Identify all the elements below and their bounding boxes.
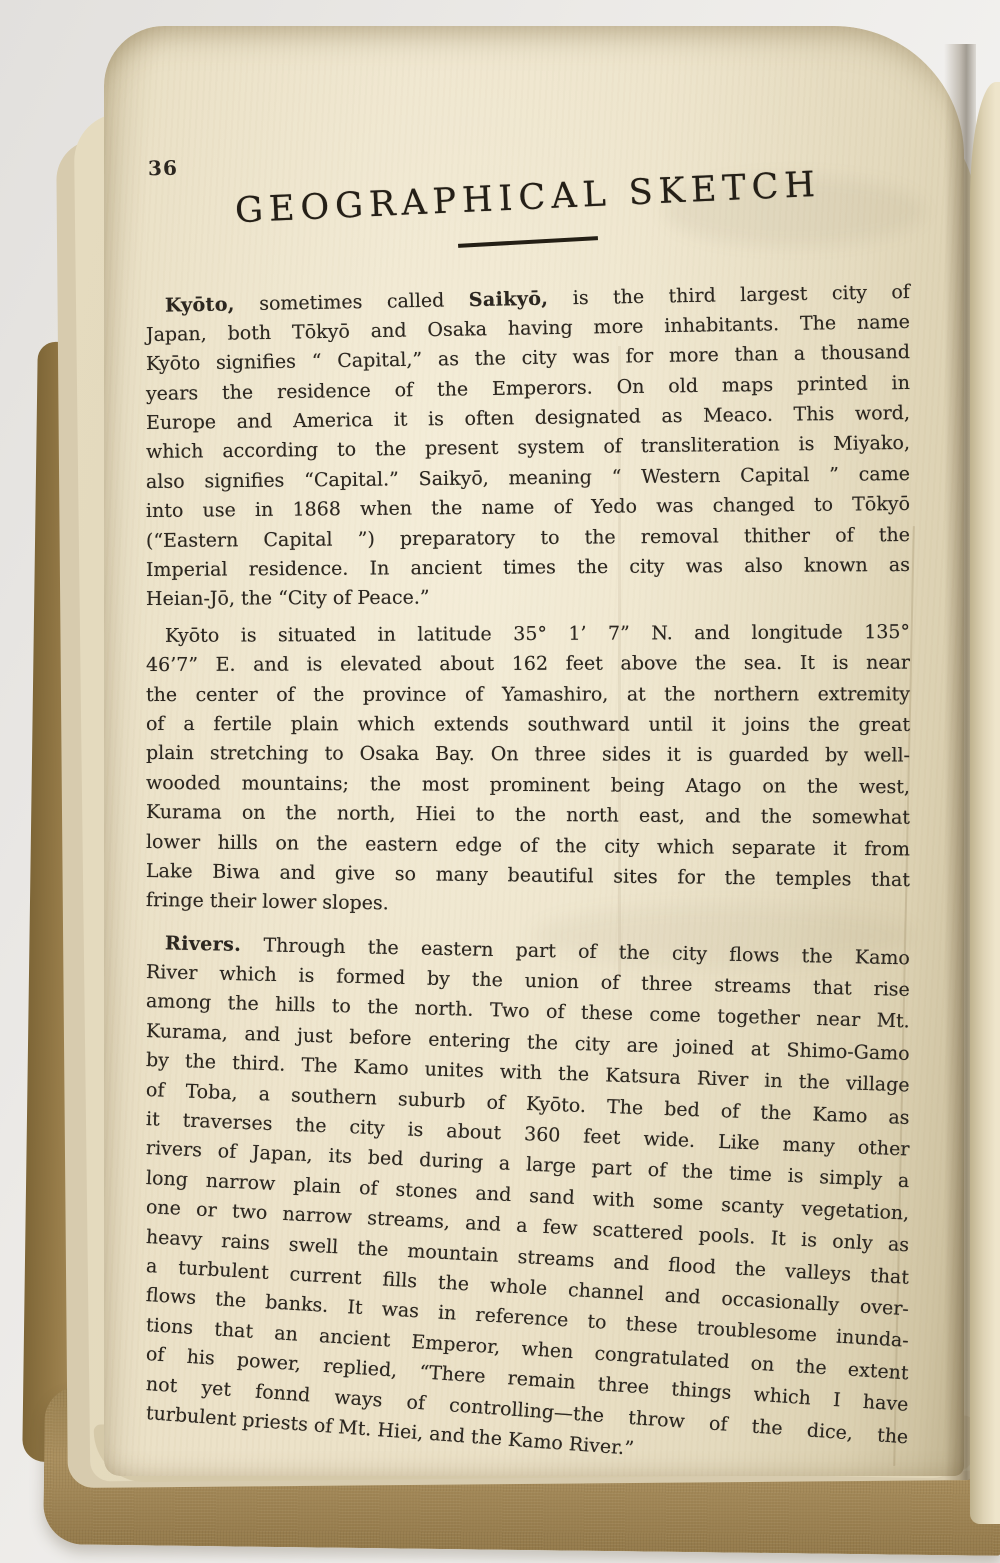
text-line: plain stretching to Osaka Bay. On three … [146, 739, 910, 771]
facing-page-edge [970, 82, 1000, 1524]
text-line: Imperial residence. In ancient times the… [146, 551, 910, 585]
text-line: Kurama on the north, Hiei to the north e… [146, 798, 910, 833]
paragraph: Rivers. Through the eastern part of the … [146, 929, 910, 1429]
page-number: 36 [148, 156, 178, 181]
photo-of-book-page: { "page": { "number": "36", "title": "GE… [0, 0, 1000, 1563]
text-line: the center of the province of Yamashiro,… [146, 680, 910, 710]
text-line: wooded mountains; the most prominent bei… [146, 769, 910, 803]
page-title: GEOGRAPHICAL SKETCH [145, 161, 910, 236]
text-line: 46’7” E. and is elevated about 162 feet … [146, 649, 910, 681]
text-line: of a fertile plain which extends southwa… [146, 710, 910, 740]
text-line: Heian-Jō, the “City of Peace.” [146, 581, 910, 614]
text-line: Kyōto is situated in latitude 35° 1’ 7” … [146, 618, 910, 651]
body-text: Kyōto, sometimes called Saikyō, is the t… [146, 292, 910, 1429]
printed-page-content: 36 GEOGRAPHICAL SKETCH Kyōto, sometimes … [146, 152, 910, 1428]
paragraph: Kyōto is situated in latitude 35° 1’ 7” … [146, 622, 910, 916]
title-rule [458, 236, 598, 247]
paragraph: Kyōto, sometimes called Saikyō, is the t… [146, 292, 910, 615]
